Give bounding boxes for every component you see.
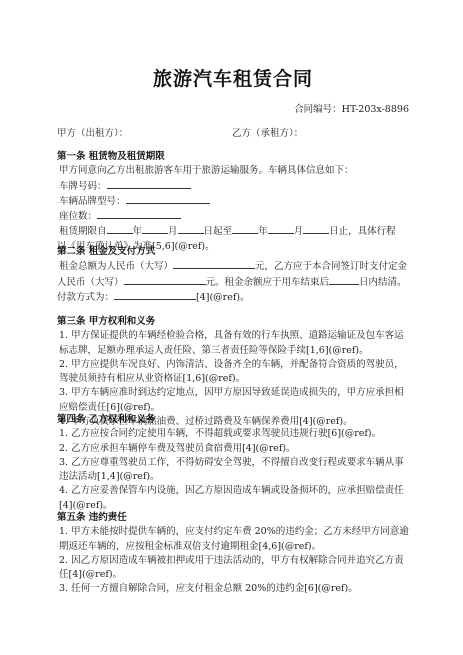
clause-item: 2. 因乙方原因造成车辆被扣押或用于违法活动的，甲方有权解除合同并追究乙方责任[… bbox=[57, 554, 409, 583]
clause-item: 2. 乙方应承担车辆停车费及驾驶员食宿费用[4](@ref)。 bbox=[57, 442, 409, 456]
clause-item: 1. 甲方未能按时提供车辆的，应支付约定车费 20%的违约金；乙方未经甲方同意逾… bbox=[57, 525, 409, 554]
section-5: 第五条 违约责任 1. 甲方未能按时提供车辆的，应支付约定车费 20%的违约金；… bbox=[57, 511, 409, 597]
seat-count-blank bbox=[97, 209, 181, 219]
clause-item: 1. 甲方保证提供的车辆经检验合格，具备有效的行车执照、道路运输证及包车客运标志… bbox=[57, 329, 409, 358]
vehicle-model-field: 车辆品牌型号： bbox=[57, 194, 409, 209]
section-2: 第二条 租金及支付方式 租金总额为人民币（大写）元，乙方应于本合同签订时支付定金… bbox=[57, 245, 409, 305]
section-heading: 第二条 租金及支付方式 bbox=[57, 245, 409, 259]
plate-number-blank bbox=[107, 179, 191, 189]
clause-item: 2. 甲方应提供车况良好、内饰清洁、设备齐全的车辆，并配备符合资质的驾驶员，驾驶… bbox=[57, 358, 409, 387]
lease-period-line: 租赁期限自年月日起至年月日止，具体行程 bbox=[57, 224, 409, 239]
section-heading: 第三条 甲方权利和义务 bbox=[57, 315, 409, 329]
section-heading: 第五条 违约责任 bbox=[57, 511, 409, 525]
payment-method-line: 付款方式为：[4](@ref)。 bbox=[57, 290, 409, 305]
document-title: 旅游汽车租赁合同 bbox=[57, 64, 409, 91]
deposit-line: 人民币（大写）元。租金余额应于用车结束后日内结清。 bbox=[57, 275, 409, 290]
clause-item: 3. 乙方应尊重驾驶员工作，不得妨碍安全驾驶，不得擅自改变行程或要求车辆从事违法… bbox=[57, 456, 409, 485]
section-1: 第一条 租赁物及租赁期限 甲方同意向乙方出租旅游客车用于旅游运输服务。车辆具体信… bbox=[57, 150, 409, 254]
party-a-label: 甲方（出租方）： bbox=[57, 125, 128, 139]
section-heading: 第四条 乙方权利和义务 bbox=[57, 413, 409, 427]
section-4: 第四条 乙方权利和义务 1. 乙方应按合同约定使用车辆，不得超载或要求驾驶员违规… bbox=[57, 413, 409, 513]
rent-total-line: 租金总额为人民币（大写）元，乙方应于本合同签订时支付定金 bbox=[57, 259, 409, 274]
vehicle-model-blank bbox=[126, 194, 210, 204]
section-heading: 第一条 租赁物及租赁期限 bbox=[57, 150, 409, 164]
party-b-label: 乙方（承租方）： bbox=[232, 125, 303, 139]
clause-item: 3. 任何一方擅自解除合同，应支付租金总额 20%的违约金[6](@ref)。 bbox=[57, 582, 409, 596]
plate-number-field: 车牌号码： bbox=[57, 179, 409, 194]
seat-count-field: 座位数： bbox=[57, 209, 409, 224]
contract-number: 合同编号：HT-203x-8896 bbox=[294, 101, 409, 115]
clause-item: 4. 乙方应妥善保管车内设施，因乙方原因造成车辆或设备损坏的，应承担赔偿责任[4… bbox=[57, 484, 409, 513]
section-1-intro: 甲方同意向乙方出租旅游客车用于旅游运输服务。车辆具体信息如下： bbox=[57, 164, 409, 178]
clause-item: 1. 乙方应按合同约定使用车辆，不得超载或要求驾驶员违规行驶[6](@ref)。 bbox=[57, 427, 409, 441]
clause-item: 3. 甲方车辆应准时到达约定地点，因甲方原因导致延误造成损失的，甲方应承担相应赔… bbox=[57, 386, 409, 415]
